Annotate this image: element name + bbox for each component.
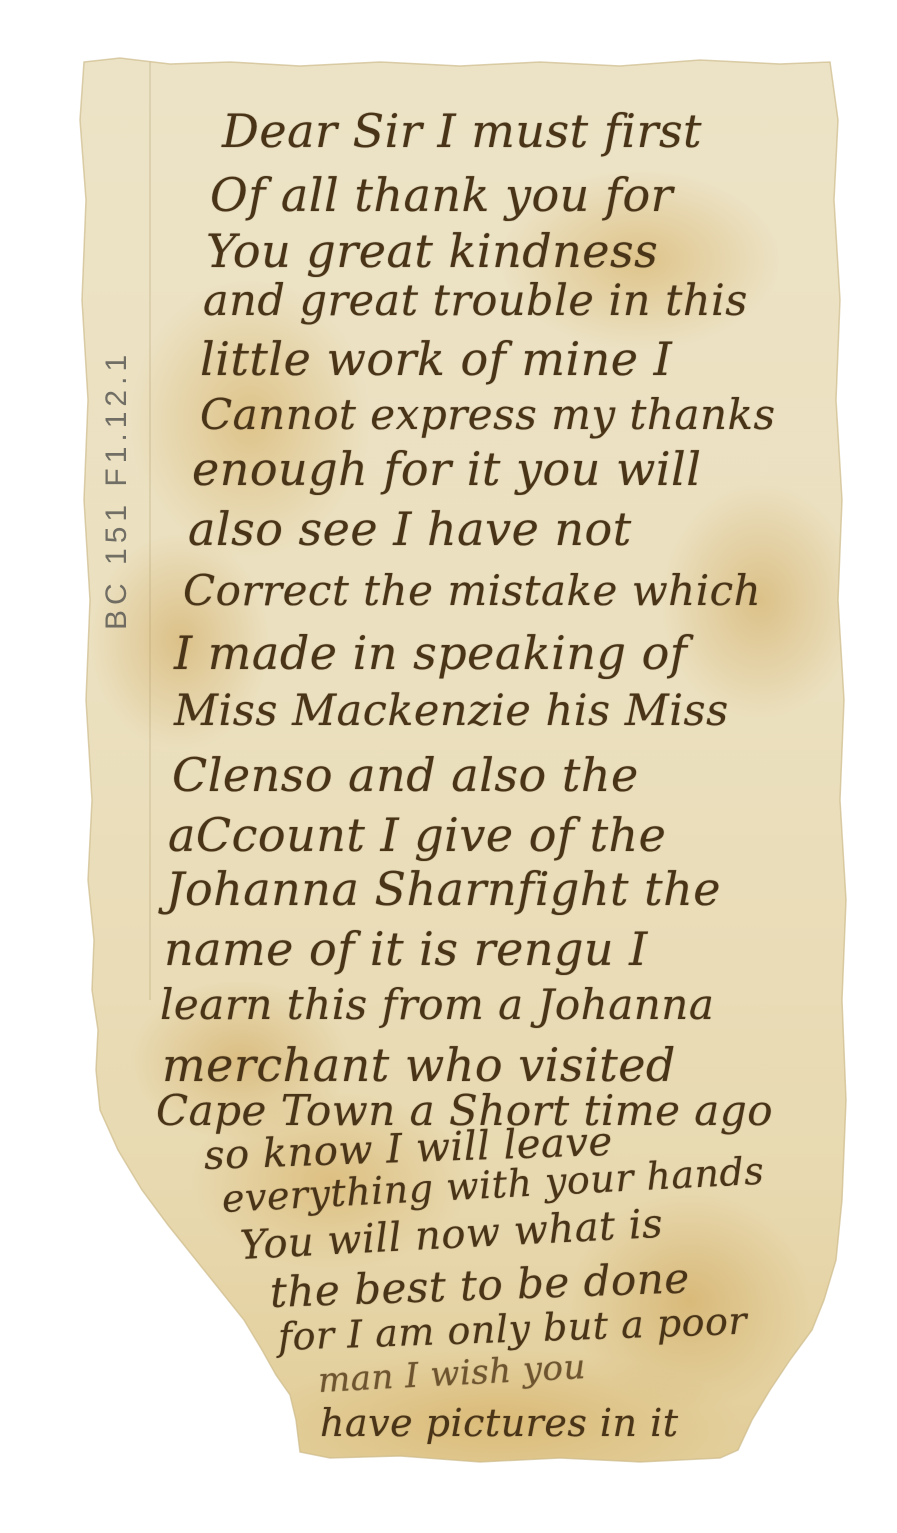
letter-line: Dear Sir I must first (222, 108, 702, 154)
letter-body: Dear Sir I must first Of all thank you f… (0, 0, 897, 1533)
letter-line: Clenso and also the (172, 752, 639, 798)
letter-line: and great trouble in this (203, 280, 748, 323)
letter-line: man I wish you (317, 1350, 587, 1398)
letter-line: little work of mine I (200, 336, 672, 382)
letter-line: name of it is rengu I (164, 926, 648, 972)
letter-line: also see I have not (188, 506, 632, 552)
letter-line: You great kindness (206, 228, 658, 274)
letter-line: Cannot express my thanks (200, 394, 776, 436)
letter-line: Miss Mackenzie his Miss (174, 690, 729, 733)
letter-line: enough for it you will (192, 446, 701, 492)
letter-line: have pictures in it (320, 1404, 679, 1442)
letter-line: Correct the mistake which (183, 570, 761, 612)
letter-line: Of all thank you for (210, 172, 673, 218)
letter-line: Johanna Sharnfight the (166, 866, 721, 912)
letter-line: I made in speaking of (174, 630, 687, 676)
letter-line: aCcount I give of the (168, 812, 666, 858)
letter-line: merchant who visited (162, 1042, 676, 1088)
letter-line: learn this from a Johanna (160, 984, 714, 1026)
